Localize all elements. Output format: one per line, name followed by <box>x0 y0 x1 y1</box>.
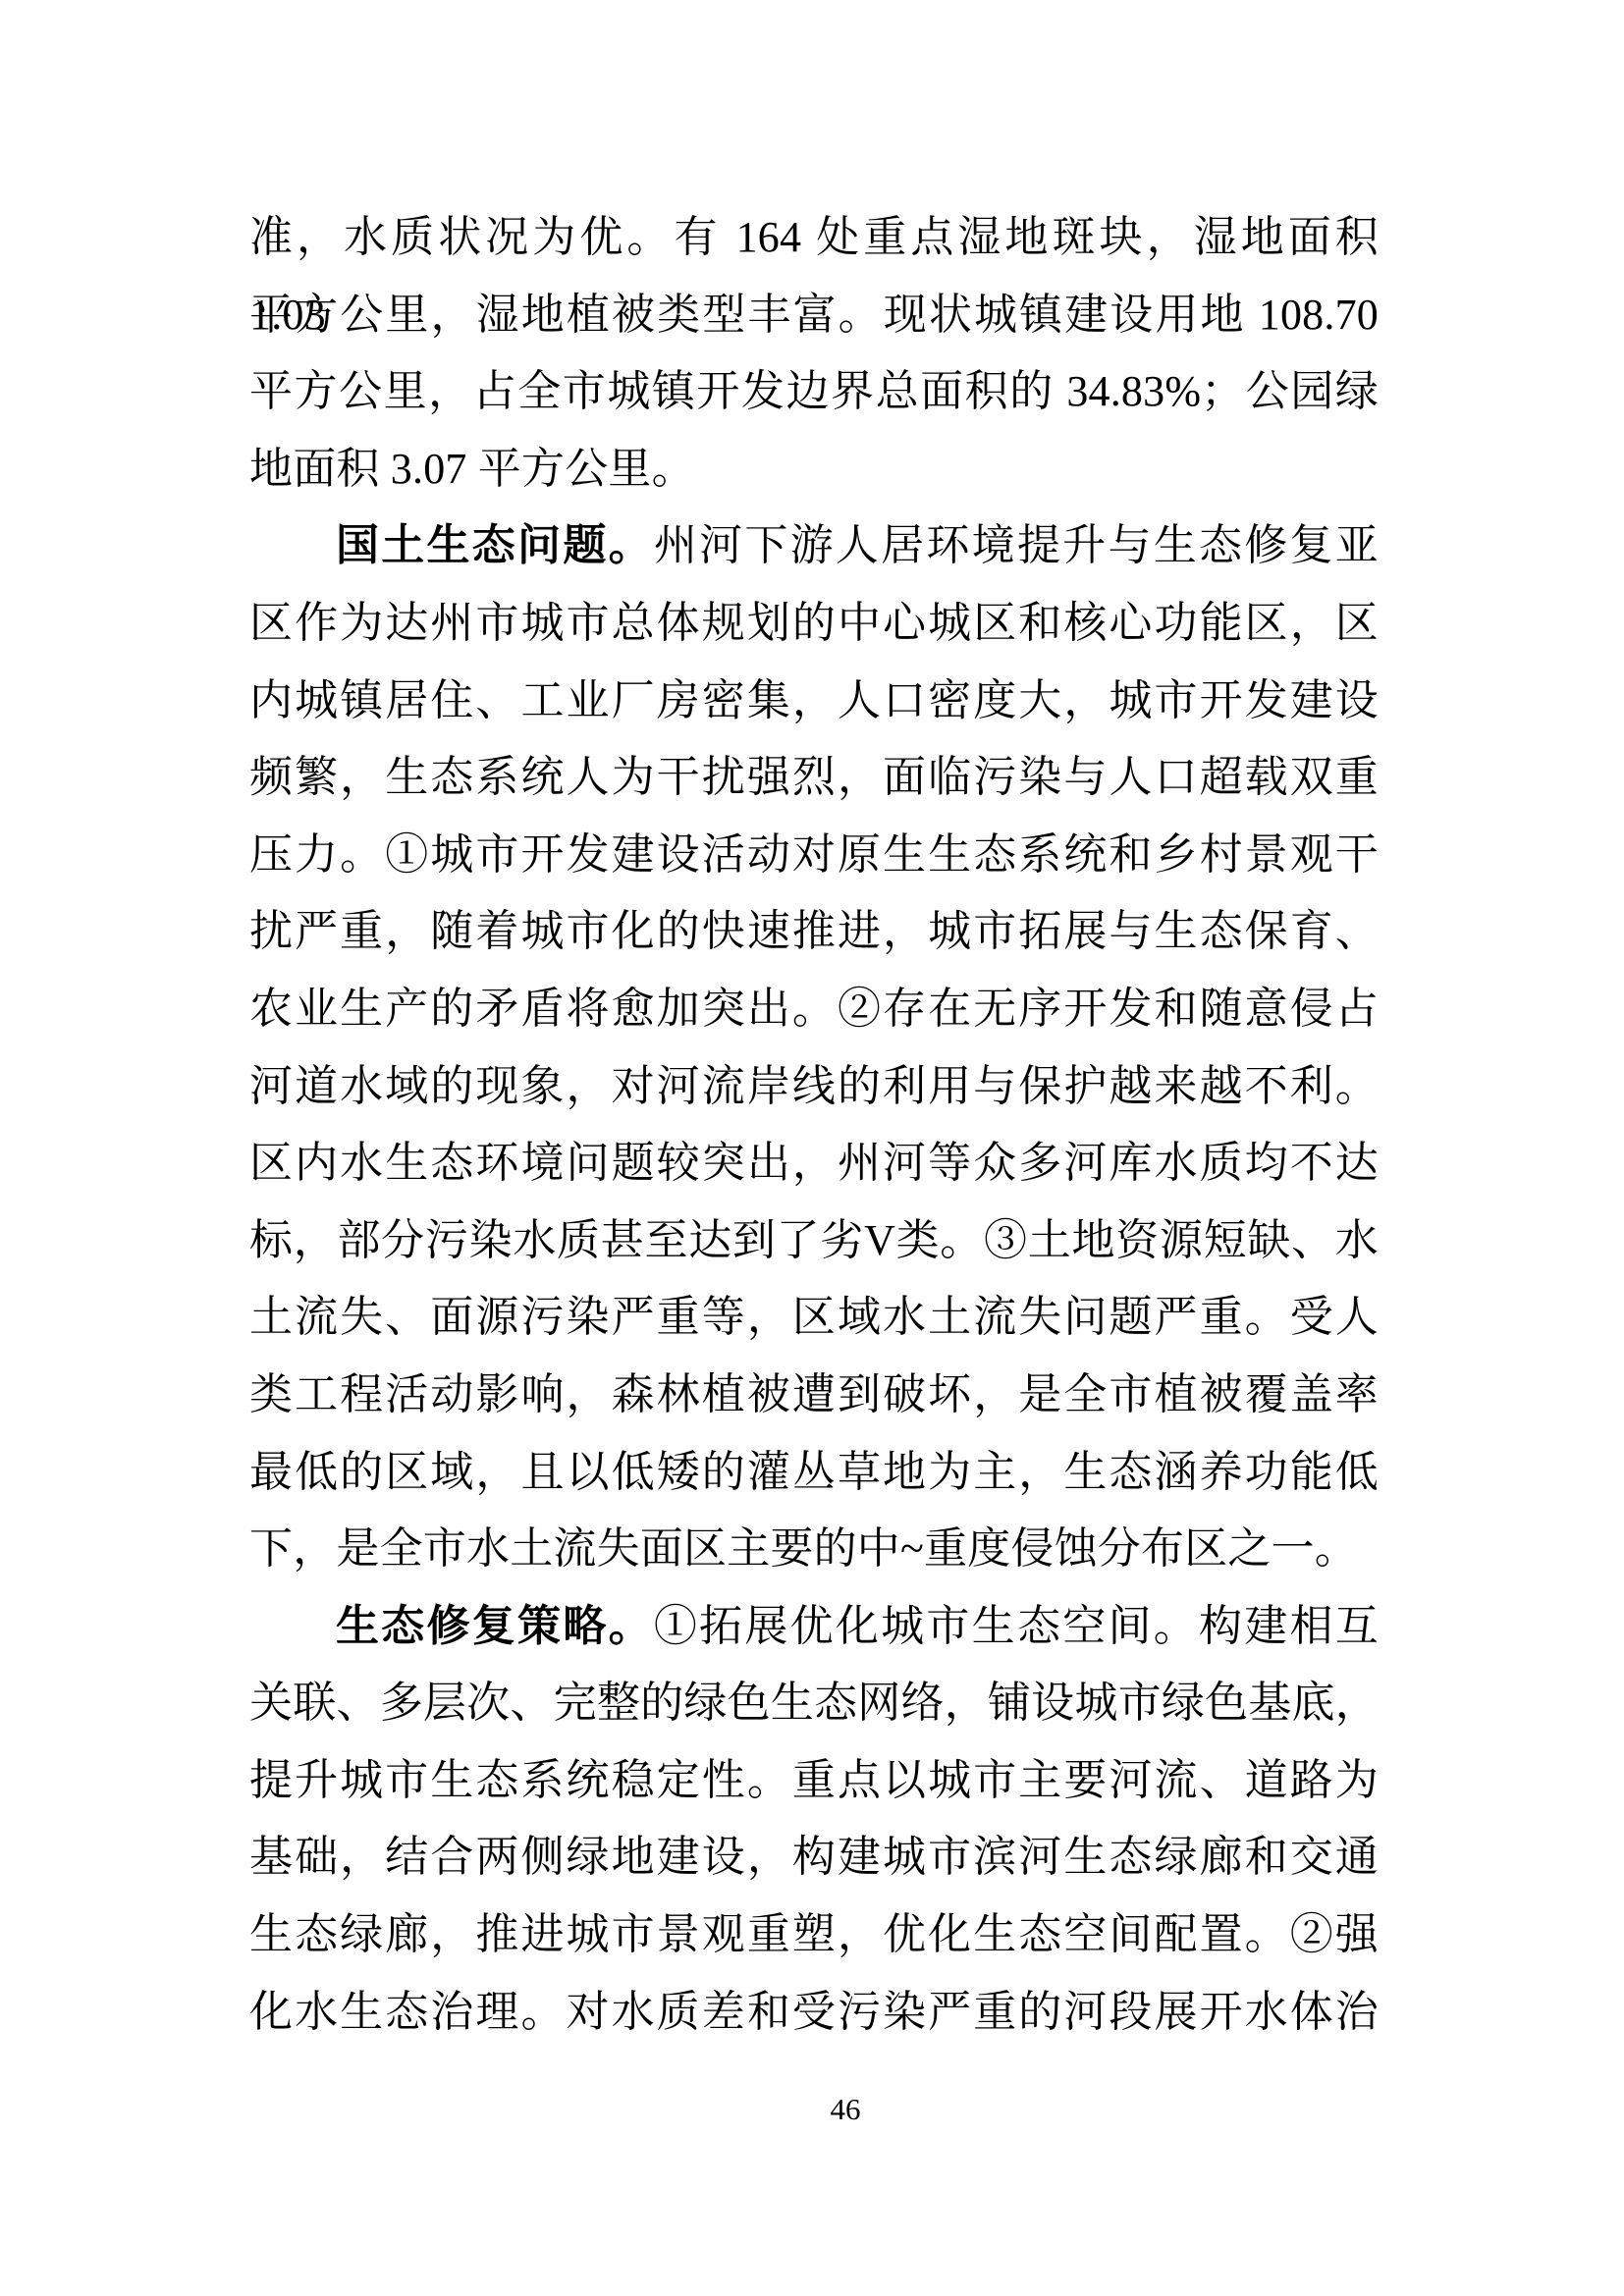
text-run: 类工程活动影响，森林植被遭到破坏，是全市植被覆盖率 <box>249 1370 1379 1418</box>
text-line: 准，水质状况为优。有 164 处重点湿地斑块，湿地面积 1.03 <box>249 199 1379 277</box>
text-line: 最低的区域，且以低矮的灌丛草地为主，生态涵养功能低 <box>249 1434 1379 1512</box>
text-run: 提升城市生态系统稳定性。重点以城市主要河流、道路为 <box>249 1756 1379 1804</box>
text-line: 提升城市生态系统稳定性。重点以城市主要河流、道路为 <box>249 1742 1379 1820</box>
text-run: ①拓展优化城市生态空间。构建相互 <box>654 1602 1379 1650</box>
text-run: 地面积 3.07 平方公里。 <box>249 445 695 493</box>
text-line: 类工程活动影响，森林植被遭到破坏，是全市植被覆盖率 <box>249 1357 1379 1434</box>
text-run: 平方公里，湿地植被类型丰富。现状城镇建设用地 108.70 <box>249 291 1379 339</box>
text-line: 区内水生态环境问题较突出，州河等众多河库水质均不达 <box>249 1125 1379 1202</box>
text-run: 区内水生态环境问题较突出，州河等众多河库水质均不达 <box>249 1139 1379 1187</box>
text-run: 生态绿廊，推进城市景观重塑，优化生态空间配置。②强 <box>249 1910 1379 1958</box>
paragraph-heading-run: 国土生态问题。 <box>336 521 654 569</box>
text-run: 农业生产的矛盾将愈加突出。②存在无序开发和随意侵占 <box>249 985 1379 1033</box>
paragraph-heading-run: 生态修复策略。 <box>336 1602 654 1650</box>
text-line: 生态修复策略。①拓展优化城市生态空间。构建相互 <box>249 1588 1379 1666</box>
text-run: 平方公里，占全市城镇开发边界总面积的 34.83%；公园绿 <box>249 367 1379 415</box>
text-line: 标，部分污染水质甚至达到了劣V类。③土地资源短缺、水 <box>249 1202 1379 1280</box>
text-run: 基础，结合两侧绿地建设，构建城市滨河生态绿廊和交通 <box>249 1833 1379 1881</box>
text-line: 扰严重，随着城市化的快速推进，城市拓展与生态保育、 <box>249 893 1379 971</box>
text-line: 国土生态问题。州河下游人居环境提升与生态修复亚 <box>249 507 1379 585</box>
text-run: 土流失、面源污染严重等，区域水土流失问题严重。受人 <box>249 1293 1379 1341</box>
page-number: 46 <box>33 2089 1624 2130</box>
text-line: 化水生态治理。对水质差和受污染严重的河段展开水体治 <box>249 1974 1379 2052</box>
text-line: 压力。①城市开发建设活动对原生生态系统和乡村景观干 <box>249 817 1379 894</box>
text-line: 平方公里，占全市城镇开发边界总面积的 34.83%；公园绿 <box>249 353 1379 431</box>
text-run: 关联、多层次、完整的绿色生态网络，铺设城市绿色基底， <box>249 1679 1379 1727</box>
text-run: 频繁，生态系统人为干扰强烈，面临污染与人口超载双重 <box>249 753 1379 801</box>
text-line: 频繁，生态系统人为干扰强烈，面临污染与人口超载双重 <box>249 739 1379 817</box>
text-line: 区作为达州市城市总体规划的中心城区和核心功能区，区 <box>249 585 1379 663</box>
text-run: 州河下游人居环境提升与生态修复亚 <box>654 521 1379 569</box>
text-line: 关联、多层次、完整的绿色生态网络，铺设城市绿色基底， <box>249 1665 1379 1742</box>
text-run: 标，部分污染水质甚至达到了劣V类。③土地资源短缺、水 <box>249 1216 1379 1264</box>
document-page: 准，水质状况为优。有 164 处重点湿地斑块，湿地面积 1.03平方公里，湿地植… <box>0 0 1624 2296</box>
text-run: 河道水域的现象，对河流岸线的利用与保护越来越不利。 <box>249 1062 1379 1110</box>
text-line: 下，是全市水土流失面区主要的中~重度侵蚀分布区之一。 <box>249 1511 1379 1588</box>
text-line: 基础，结合两侧绿地建设，构建城市滨河生态绿廊和交通 <box>249 1819 1379 1896</box>
document-body: 准，水质状况为优。有 164 处重点湿地斑块，湿地面积 1.03平方公里，湿地植… <box>249 199 1379 2051</box>
text-run: 下，是全市水土流失面区主要的中~重度侵蚀分布区之一。 <box>249 1524 1358 1573</box>
text-run: 内城镇居住、工业厂房密集，人口密度大，城市开发建设 <box>249 676 1379 724</box>
text-line: 土流失、面源污染严重等，区域水土流失问题严重。受人 <box>249 1279 1379 1357</box>
text-line: 河道水域的现象，对河流岸线的利用与保护越来越不利。 <box>249 1048 1379 1126</box>
text-run: 最低的区域，且以低矮的灌丛草地为主，生态涵养功能低 <box>249 1448 1379 1496</box>
text-run: 扰严重，随着城市化的快速推进，城市拓展与生态保育、 <box>249 907 1379 955</box>
text-run: 区作为达州市城市总体规划的中心城区和核心功能区，区 <box>249 599 1379 647</box>
text-run: 压力。①城市开发建设活动对原生生态系统和乡村景观干 <box>249 830 1379 879</box>
text-line: 农业生产的矛盾将愈加突出。②存在无序开发和随意侵占 <box>249 971 1379 1048</box>
text-line: 内城镇居住、工业厂房密集，人口密度大，城市开发建设 <box>249 663 1379 740</box>
text-line: 生态绿廊，推进城市景观重塑，优化生态空间配置。②强 <box>249 1896 1379 1974</box>
text-line: 平方公里，湿地植被类型丰富。现状城镇建设用地 108.70 <box>249 277 1379 354</box>
text-line: 地面积 3.07 平方公里。 <box>249 431 1379 508</box>
text-run: 化水生态治理。对水质差和受污染严重的河段展开水体治 <box>249 1988 1379 2036</box>
